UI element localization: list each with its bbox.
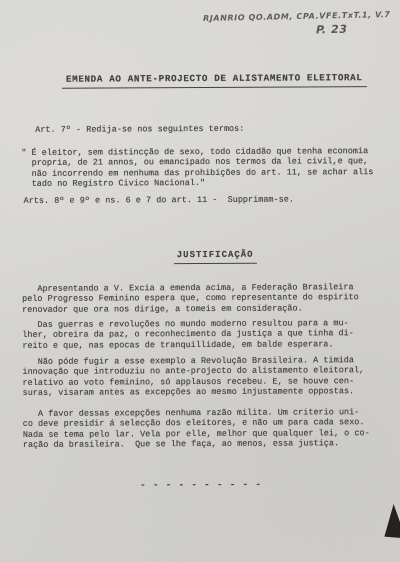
justification-paragraph: Apresentando a V. Excia a emenda acima, … [22,282,359,315]
article-7-quote: " É eleitor, sem distincção de sexo, tod… [21,146,373,189]
scanned-document-page: RJANRIO QO.ADM, CPA.VFE.TxT.1, V.7 P. 23… [0,0,400,562]
article-7-lead: Art. 7º - Redija-se nos seguintes termos… [35,124,244,135]
justification-paragraph: A favor dessas excepções nenhuma razão m… [23,407,370,450]
justification-heading: JUSTIFICAÇÃO [0,239,400,275]
justification-paragraph: Das guerras e revoluções no mundo modern… [22,318,354,351]
justification-paragraph: Não póde fugir a esse exemplo a Revoluçã… [22,355,364,398]
suppression-line: Arts. 8º e 9º e ns. 6 e 7 do art. 11 - S… [24,195,294,207]
document-title: EMENDA AO ANTE-PROJECTO DE ALISTAMENTO E… [0,63,399,99]
dashed-separator: - - - - - - - - - - [1,479,400,491]
typed-content: EMENDA AO ANTE-PROJECTO DE ALISTAMENTO E… [0,0,400,562]
